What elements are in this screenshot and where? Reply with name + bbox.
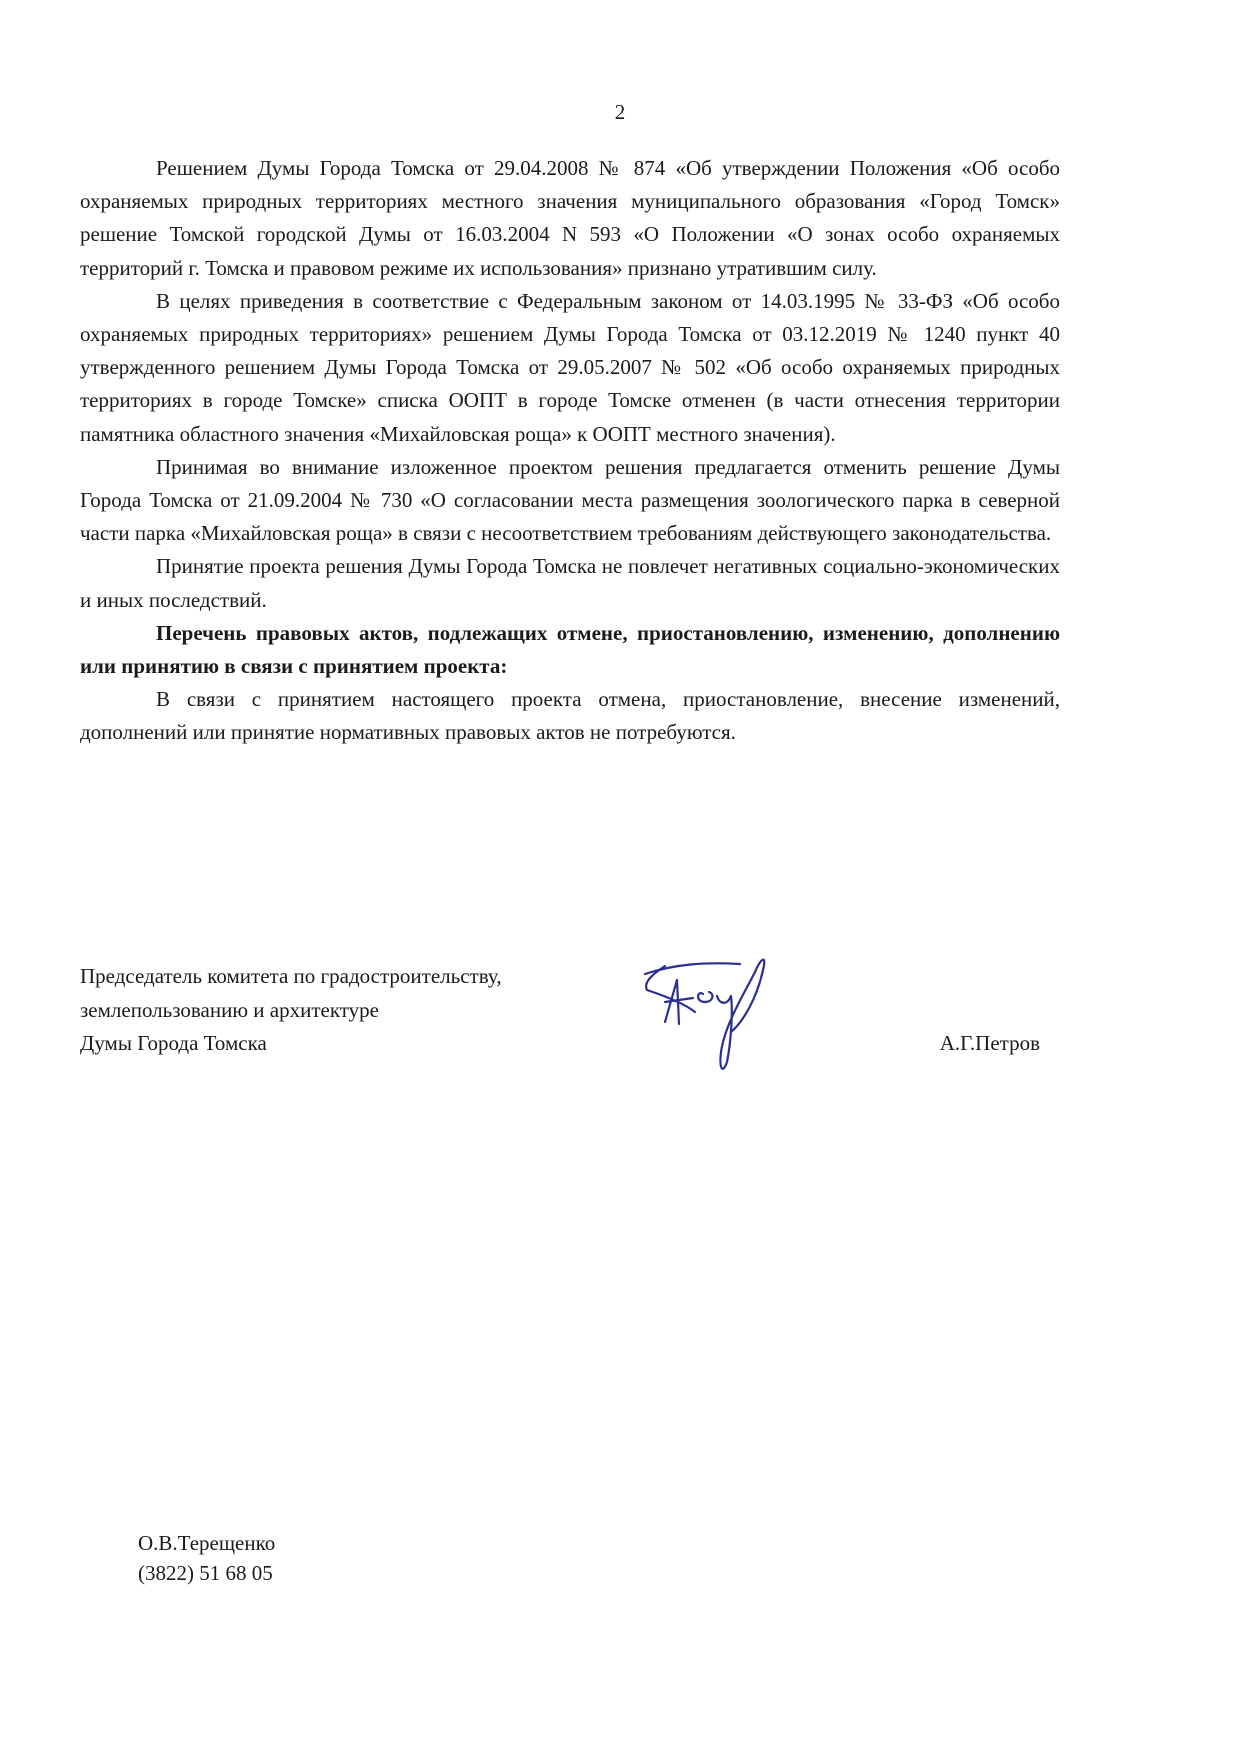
contact-info: О.В.Терещенко (3822) 51 68 05 [138,1528,275,1588]
paragraph-consequences: Принятие проекта решения Думы Города Том… [80,550,1060,616]
document-body: Решением Думы Города Томска от 29.04.200… [80,152,1060,750]
signer-position-line: землепользованию и архитектуре [80,994,502,1028]
contact-phone: (3822) 51 68 05 [138,1558,275,1588]
paragraph-no-acts-required: В связи с принятием настоящего проекта о… [80,683,1060,749]
paragraph-federal-law-compliance: В целях приведения в соответствие с Феде… [80,285,1060,451]
page-number: 2 [0,100,1240,125]
signer-position-line: Думы Города Томска [80,1027,502,1061]
signature-block: Председатель комитета по градостроительс… [80,960,1060,1100]
contact-name: О.В.Терещенко [138,1528,275,1558]
paragraph-proposal: Принимая во внимание изложенное проектом… [80,451,1060,551]
signer-name: А.Г.Петров [940,1027,1040,1061]
signer-position-line: Председатель комитета по градостроительс… [80,960,502,994]
signer-position: Председатель комитета по градостроительс… [80,960,502,1061]
handwritten-signature-icon [635,952,825,1087]
section-heading-legal-acts: Перечень правовых актов, подлежащих отме… [80,617,1060,683]
paragraph-repealed-decision: Решением Думы Города Томска от 29.04.200… [80,152,1060,285]
